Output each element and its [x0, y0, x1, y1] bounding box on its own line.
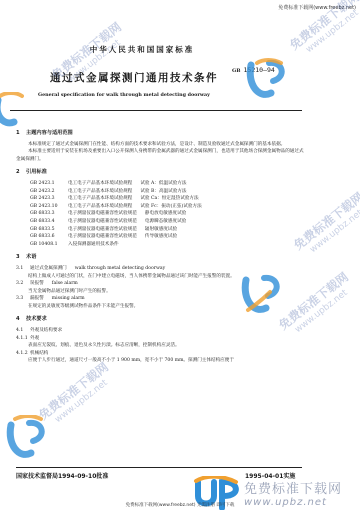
reference-title: 电工电子产品基本环境试验规程	[68, 203, 132, 211]
term-definition: 当无金属物品通过探测门时产生的报警。	[28, 288, 306, 296]
top-site-banner: 免费标准下载网(www.freebz.net)	[278, 4, 356, 11]
term-chinese: 漏报警	[30, 296, 44, 301]
term-definition: 在规定的灵敏度等级测试物件品条件下未能产生报警。	[28, 303, 306, 311]
subsection-title: 机械结构	[30, 351, 48, 356]
watermark-url: www.upbz.net	[308, 202, 360, 255]
section-number: 4	[16, 316, 26, 324]
reference-code: GB 10408.1	[30, 241, 68, 249]
section-title: 技术要求	[26, 316, 47, 322]
reference-code: GB 6833.5	[30, 226, 68, 234]
section-2-heading: 2引用标准	[16, 169, 306, 177]
standard-english-title: General specification for walk through m…	[38, 92, 210, 98]
reference-item: GB 2423.10电工电子产品基本环境试验规程试验 Fc：振动(正弦)试验方法	[30, 203, 306, 211]
reference-title: 电工电子产品基本环境试验规程	[68, 188, 132, 196]
term-heading: 3.2误报警false alarm	[16, 280, 306, 288]
paragraph: 应便于人步行通过，通道尺寸一般高不小于 1 900 mm，宽不小于 700 mm…	[16, 357, 306, 365]
reference-title: 电子测量仪器电磁兼容性试验规范	[68, 226, 137, 234]
reference-test: 试验 Fc：振动(正弦)试验方法	[140, 203, 201, 211]
approval-date: 国家技术监督局1994-09-10批准	[16, 471, 108, 480]
subsection-heading: 4.1.2机械结构	[16, 350, 306, 358]
standard-code-prefix: GB	[232, 68, 241, 74]
footer-divider	[16, 467, 302, 468]
section-number: 3	[16, 254, 26, 262]
reference-code: GB 6833.6	[30, 233, 68, 241]
term-number: 3.3	[16, 295, 30, 303]
subsection-number: 4.1.1	[16, 335, 30, 343]
reference-item: GB 2423.1电工电子产品基本环境试验规程试验 A：低温试验方法	[30, 180, 306, 188]
subsection-number: 4.1.2	[16, 350, 30, 358]
term-english: missing alarm	[52, 296, 85, 301]
up-logo-icon	[0, 92, 24, 132]
brand-chinese: 免费标准下载网	[244, 478, 342, 497]
term-english: walk through metal detecting doorway	[75, 266, 165, 271]
section-1-heading: 1主题内容与适用范围	[16, 130, 306, 138]
term-chinese: 误报警	[30, 281, 44, 286]
watermark-url: www.upbz.net	[53, 372, 117, 425]
reference-item: GB 10408.1入侵探测器通用技术条件	[30, 241, 306, 249]
standard-code-number: 15210—94	[244, 66, 275, 74]
term-english: false alarm	[52, 281, 78, 286]
term-definition: 结构上做成人可通过的门状，在门中建立电磁场，当人体携带金属物品通过该门时能产生报…	[28, 273, 306, 281]
paragraph: 本标准规定了通过式金属探测门在性能、结构方面的技术要求和试验方法，是设计、制造及…	[16, 141, 306, 149]
reference-title: 电工电子产品基本环境试验规程	[68, 180, 132, 188]
reference-test: 试验 Ca：恒定湿热试验方法	[140, 195, 198, 203]
reference-code: GB 6833.4	[30, 218, 68, 226]
watermark-chinese: 免费标准下载网	[35, 358, 112, 423]
section-number: 1	[16, 130, 26, 138]
subsection-title: 外观	[30, 336, 39, 341]
paragraph: 表面应无裂纹、划痕、退色及永久性污渍。标志应清晰，控制机构应灵活。	[16, 342, 306, 350]
reference-item: GB 6833.5电子测量仪器电磁兼容性试验规范辐射敏感度试验	[30, 226, 306, 234]
up-logo-icon	[245, 55, 290, 105]
reference-item: GB 6833.3电子测量仪器电磁兼容性试验规范静电放电敏感度试验	[30, 210, 306, 218]
reference-title: 入侵探测器通用技术条件	[68, 241, 119, 249]
term-number: 3.2	[16, 280, 30, 288]
reference-title: 电工电子产品基本环境试验规程	[68, 195, 132, 203]
reference-code: GB 2423.10	[30, 203, 68, 211]
term-heading: 3.1通过式金属探测门walk through metal detecting …	[16, 265, 306, 273]
section-title: 引用标准	[26, 169, 47, 175]
term-number: 3.1	[16, 265, 30, 273]
reference-code: GB 2423.2	[30, 188, 68, 196]
section-4-heading: 4技术要求	[16, 316, 306, 324]
term-heading: 3.3漏报警missing alarm	[16, 295, 306, 303]
reference-item: GB 2423.3电工电子产品基本环境试验规程试验 Ca：恒定湿热试验方法	[30, 195, 306, 203]
section-title: 术语	[26, 254, 36, 260]
reference-item: GB 2423.2电工电子产品基本环境试验规程试验 B：高温试验方法	[30, 188, 306, 196]
country-standard-label: 中华人民共和国国家标准	[72, 44, 212, 55]
reference-test: 辐射敏感度试验	[145, 226, 177, 234]
document-body: 1主题内容与适用范围 本标准规定了通过式金属探测门在性能、结构方面的技术要求和试…	[16, 130, 306, 365]
reference-item: GB 6833.6电子测量仪器电磁兼容性试验规范传导敏感度试验	[30, 233, 306, 241]
reference-test: 试验 A：低温试验方法	[140, 180, 186, 188]
normative-references-list: GB 2423.1电工电子产品基本环境试验规程试验 A：低温试验方法 GB 24…	[30, 180, 306, 248]
watermark-text: 免费标准下载网 www.upbz.net	[35, 358, 118, 431]
reference-test: 静电放电敏感度试验	[145, 210, 186, 218]
up-logo-icon	[5, 415, 50, 465]
bottom-site-banner: 免费标准下载网(www.freebz.net) 无需注册 即可下载	[0, 502, 360, 508]
reference-test: 电源瞬态敏感度试验	[145, 218, 186, 226]
reference-test: 试验 B：高温试验方法	[140, 188, 186, 196]
reference-code: GB 2423.1	[30, 180, 68, 188]
reference-title: 电子测量仪器电磁兼容性试验规范	[68, 218, 137, 226]
reference-code: GB 6833.3	[30, 210, 68, 218]
reference-code: GB 2423.3	[30, 195, 68, 203]
reference-item: GB 6833.4电子测量仪器电磁兼容性试验规范电源瞬态敏感度试验	[30, 218, 306, 226]
reference-test: 传导敏感度试验	[145, 233, 177, 241]
section-3-heading: 3术语	[16, 254, 306, 262]
paragraph: 本标准主要适用于安装在机场及重要出入口公开探测人身携带的金属武器的通过式金属探测…	[16, 148, 306, 163]
header-divider	[10, 110, 302, 111]
section-number: 2	[16, 169, 26, 177]
subsection-number: 4.1	[16, 327, 30, 335]
subsection-heading: 4.1.1外观	[16, 335, 306, 343]
standard-title: 通过式金属探测门通用技术条件	[50, 70, 218, 85]
reference-title: 电子测量仪器电磁兼容性试验规范	[68, 233, 137, 241]
standard-code: GB15210—94	[232, 66, 275, 74]
section-title: 主题内容与适用范围	[26, 130, 73, 136]
subsection-title: 外观及结构要求	[30, 328, 62, 333]
term-chinese: 通过式金属探测门	[30, 266, 67, 271]
reference-title: 电子测量仪器电磁兼容性试验规范	[68, 210, 137, 218]
subsection-heading: 4.1外观及结构要求	[16, 327, 306, 335]
